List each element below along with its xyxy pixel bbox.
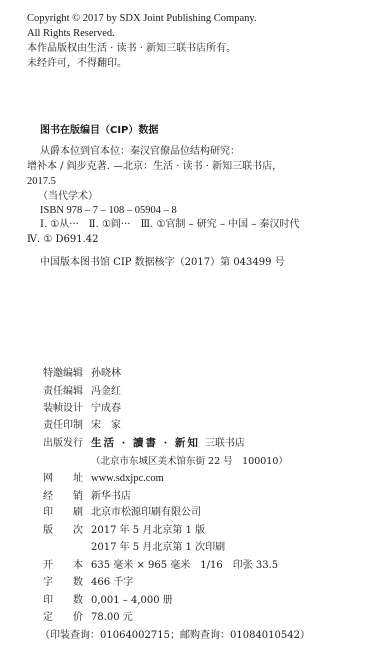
reprint-notice: 未经许可，不得翻印。 xyxy=(27,57,127,70)
detail-row-format: 开 本635 毫米 × 965 毫米 1/16 印张 33.5 xyxy=(43,559,278,572)
detail-value: 466 千字 xyxy=(91,577,133,588)
cip-number: 中国版本图书馆 CIP 数据核字（2017）第 043499 号 xyxy=(40,256,285,269)
rights-reserved-line: All Rights Reserved. xyxy=(27,27,115,40)
credit-label: 特邀编辑 xyxy=(43,367,91,380)
publisher-row: 出版发行生活 · 讀書 · 新知 三联书店 xyxy=(43,437,245,450)
credit-label: 责任编辑 xyxy=(43,385,91,398)
inquiry-line: （印装查询：01064002715；邮购查询：01084010542） xyxy=(40,629,310,642)
credit-row: 责任编辑冯金红 xyxy=(43,385,121,398)
detail-label: 印 数 xyxy=(43,594,91,607)
credit-value: 宋 家 xyxy=(91,420,121,431)
ownership-notice: 本作品版权由生活 · 读书 · 新知三联书店所有。 xyxy=(27,42,236,55)
cip-title-line2: 增补本 / 阎步克著. —北京：生活 · 读书 · 新知三联书店， xyxy=(27,160,282,173)
credit-row: 特邀编辑孙晓林 xyxy=(43,367,121,380)
detail-row-print-run: 印 数0,001 – 4,000 册 xyxy=(43,594,173,607)
detail-label: 开 本 xyxy=(43,559,91,572)
detail-value: 2017 年 5 月北京第 1 次印刷 xyxy=(91,542,225,553)
detail-label: 印 刷 xyxy=(43,506,91,519)
detail-row-printing: 2017 年 5 月北京第 1 次印刷 xyxy=(43,541,225,554)
credit-value: 宁成春 xyxy=(91,403,121,414)
publisher-name: 三联书店 xyxy=(205,438,245,449)
detail-value: 新华书店 xyxy=(91,491,131,502)
detail-value: 78.00 元 xyxy=(91,612,133,623)
cip-year: 2017.5 xyxy=(27,175,56,188)
publisher-brand-logo: 生活 · 讀書 · 新知 xyxy=(91,437,200,449)
credit-row: 装帧设计宁成春 xyxy=(43,402,121,415)
detail-row-distributor: 经 销新华书店 xyxy=(43,490,131,503)
credit-value: 孙晓林 xyxy=(91,368,121,379)
detail-row-website: 网 址www.sdxjpc.com xyxy=(43,472,164,485)
detail-value: 北京市松源印刷有限公司 xyxy=(91,507,201,518)
publisher-label: 出版发行 xyxy=(43,437,91,450)
detail-label: 网 址 xyxy=(43,472,91,485)
detail-row-printer: 印 刷北京市松源印刷有限公司 xyxy=(43,506,201,519)
detail-row-word-count: 字 数466 千字 xyxy=(43,576,133,589)
credit-label: 责任印制 xyxy=(43,419,91,432)
detail-row-edition: 版 次2017 年 5 月北京第 1 版 xyxy=(43,524,205,537)
cip-title-line1: 从爵本位到官本位：秦汉官僚品位结构研究： xyxy=(40,145,240,158)
inquiry-text: （印装查询：01064002715；邮购查询：01084010542） xyxy=(40,630,310,641)
copyright-line: Copyright © 2017 by SDX Joint Publishing… xyxy=(27,12,257,25)
detail-value: 0,001 – 4,000 册 xyxy=(91,595,173,606)
publisher-address: （北京市东城区美术馆东街 22 号 100010） xyxy=(91,455,288,468)
address-text: （北京市东城区美术馆东街 22 号 100010） xyxy=(91,456,288,467)
credit-label: 装帧设计 xyxy=(43,402,91,415)
cip-isbn: ISBN 978 – 7 – 108 – 05904 – 8 xyxy=(40,204,177,217)
website-link[interactable]: www.sdxjpc.com xyxy=(91,473,164,484)
credit-row: 责任印制宋 家 xyxy=(43,419,121,432)
detail-label: 经 销 xyxy=(43,490,91,503)
detail-label: 字 数 xyxy=(43,576,91,589)
detail-value: 2017 年 5 月北京第 1 版 xyxy=(91,525,205,536)
detail-value: 635 毫米 × 965 毫米 1/16 印张 33.5 xyxy=(91,560,278,571)
cip-subject-line1: Ⅰ. ①从··· Ⅱ. ①阎··· Ⅲ. ①官制 – 研究 – 中国 – 秦汉时… xyxy=(40,218,300,231)
cip-heading: 图书在版编目（CIP）数据 xyxy=(40,124,158,137)
detail-label: 定 价 xyxy=(43,611,91,624)
detail-row-price: 定 价78.00 元 xyxy=(43,611,133,624)
detail-label: 版 次 xyxy=(43,524,91,537)
cip-subject-line2: Ⅳ. ① D691.42 xyxy=(27,233,99,246)
cip-series: （当代学术） xyxy=(38,190,98,203)
credit-value: 冯金红 xyxy=(91,386,121,397)
